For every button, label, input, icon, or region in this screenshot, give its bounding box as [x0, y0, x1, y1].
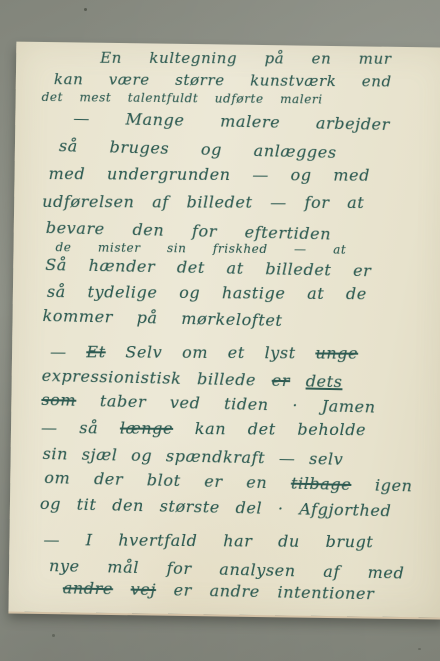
- handwriting-text: det mest talentfuldt udførte maleri: [42, 90, 323, 106]
- handwriting-text: [113, 579, 131, 598]
- handwriting-text: de mister sin friskhed — at: [55, 240, 346, 257]
- handwriting-text-underlined: dets: [306, 372, 343, 392]
- dust-speck: [52, 634, 55, 637]
- handwriting-text-struck: tilbage: [291, 474, 352, 494]
- handwriting-text: —: [50, 342, 86, 361]
- manuscript-line: med undergrunden — og med: [49, 164, 371, 185]
- handwriting-text: kan være større kunstværk end: [54, 70, 392, 90]
- handwriting-text: så bruges og anlægges: [59, 136, 337, 162]
- manuscript-line: En kultegning på en mur: [100, 49, 391, 68]
- manuscript-line: så tydelige og hastige at de: [47, 282, 367, 303]
- handwriting-text: — I hvertfald har du brugt: [43, 530, 373, 551]
- handwriting-text: expressionistisk billede: [42, 366, 272, 390]
- handwriting-text: kan det beholde: [173, 419, 366, 439]
- handwriting-text: er andre intentioner: [156, 580, 375, 603]
- handwriting-text-struck: længe: [120, 419, 173, 438]
- manuscript-line: andre vej er andre intentioner: [63, 578, 375, 603]
- handwriting-text: så tydelige og hastige at de: [47, 282, 367, 303]
- manuscript-line: — Et Selv om et lyst unge: [50, 342, 358, 363]
- handwriting-text-struck: som: [41, 390, 76, 410]
- manuscript-line: sin sjæl og spændkraft — selv: [42, 444, 343, 469]
- manuscript-line: udførelsen af billedet — for at: [42, 192, 364, 212]
- manuscript-line: de mister sin friskhed — at: [55, 240, 346, 257]
- handwriting-text: En kultegning på en mur: [100, 49, 391, 68]
- manuscript-line: om der blot er en tilbage igen: [44, 468, 413, 495]
- handwriting-text-struck: andre: [63, 578, 114, 598]
- manuscript-line: så bruges og anlægges: [59, 136, 337, 162]
- handwriting-text-struck: Et: [86, 342, 105, 361]
- dust-speck: [84, 8, 87, 11]
- handwriting-text: Så hænder det at billedet er: [45, 255, 371, 280]
- manuscript-line: og tit den største del · Afgjorthed: [40, 494, 392, 520]
- handwriting-text-struck: er: [272, 371, 291, 390]
- dust-speck: [418, 648, 421, 650]
- handwriting-text: taber ved tiden · Jamen: [76, 391, 376, 417]
- manuscript-line: Så hænder det at billedet er: [45, 255, 371, 280]
- handwriting-text: kommer på mørkeloftet: [42, 306, 282, 330]
- manuscript-line: kan være større kunstværk end: [54, 70, 392, 90]
- handwriting-text: med undergrunden — og med: [49, 164, 371, 185]
- manuscript-line: — så længe kan det beholde: [41, 418, 366, 439]
- manuscript-line: kommer på mørkeloftet: [42, 306, 282, 330]
- handwriting-text: [290, 371, 306, 390]
- manuscript-line: — Mange malere arbejder: [73, 108, 390, 134]
- manuscript-line: som taber ved tiden · Jamen: [41, 390, 376, 417]
- handwriting-text: Selv om et lyst: [106, 342, 316, 362]
- handwriting-text: sin sjæl og spændkraft — selv: [42, 444, 343, 469]
- manuscript-line: det mest talentfuldt udførte maleri: [42, 90, 323, 106]
- handwriting-text-struck: vej: [130, 580, 156, 599]
- manuscript-line: — I hvertfald har du brugt: [43, 530, 373, 551]
- manuscript-line: expressionistisk billede er dets: [42, 366, 343, 391]
- handwriting-text-struck: unge: [315, 343, 358, 362]
- handwriting-text: — så: [41, 418, 120, 438]
- handwriting-text: om der blot er en: [44, 468, 291, 493]
- handwriting-text: og tit den største del · Afgjorthed: [40, 494, 392, 520]
- handwriting-text: — Mange malere arbejder: [73, 108, 390, 134]
- handwriting-text: udførelsen af billedet — for at: [42, 192, 364, 212]
- handwriting-text: igen: [351, 475, 413, 495]
- paper-sheet: En kultegning på en mur kan være større …: [8, 42, 440, 618]
